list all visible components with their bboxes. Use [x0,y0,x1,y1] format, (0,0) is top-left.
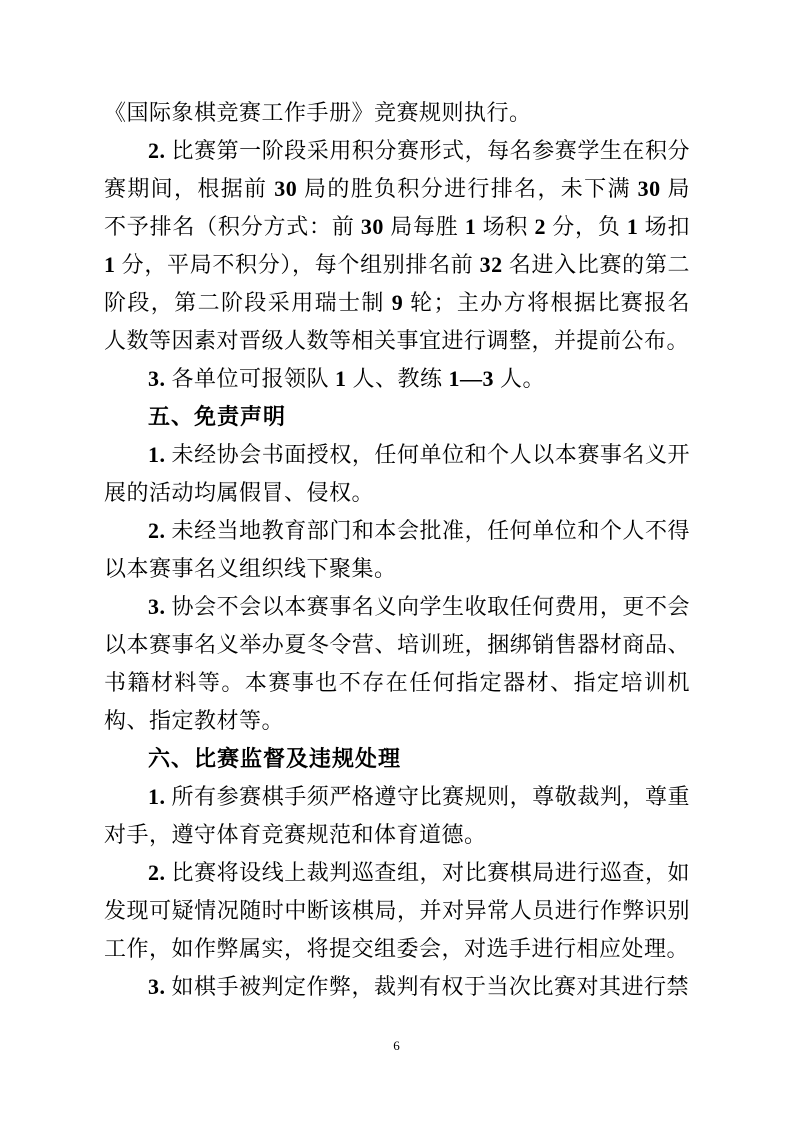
paragraph: 《国际象棋竞赛工作手册》竞赛规则执行。 [104,94,690,132]
paragraph: 3. 各单位可报领队 1 人、教练 1—3 人。 [104,360,690,398]
section-heading: 五、免责声明 [104,398,690,436]
paragraph: 3. 协会不会以本赛事名义向学生收取任何费用，更不会以本赛事名义举办夏冬令营、培… [104,588,690,740]
paragraph: 1. 所有参赛棋手须严格遵守比赛规则，尊敬裁判，尊重对手，遵守体育竞赛规范和体育… [104,778,690,854]
section-heading: 六、比赛监督及违规处理 [104,740,690,778]
paragraph: 2. 未经当地教育部门和本会批准，任何单位和个人不得以本赛事名义组织线下聚集。 [104,512,690,588]
page-number: 6 [0,1038,793,1054]
paragraph: 2. 比赛第一阶段采用积分赛形式，每名参赛学生在积分赛期间，根据前 30 局的胜… [104,132,690,360]
document-body: 《国际象棋竞赛工作手册》竞赛规则执行。2. 比赛第一阶段采用积分赛形式，每名参赛… [104,94,690,1006]
paragraph: 1. 未经协会书面授权，任何单位和个人以本赛事名义开展的活动均属假冒、侵权。 [104,436,690,512]
page: 《国际象棋竞赛工作手册》竞赛规则执行。2. 比赛第一阶段采用积分赛形式，每名参赛… [0,0,793,1122]
paragraph: 2. 比赛将设线上裁判巡查组，对比赛棋局进行巡查，如发现可疑情况随时中断该棋局，… [104,854,690,968]
paragraph: 3. 如棋手被判定作弊，裁判有权于当次比赛对其进行禁 [104,968,690,1006]
